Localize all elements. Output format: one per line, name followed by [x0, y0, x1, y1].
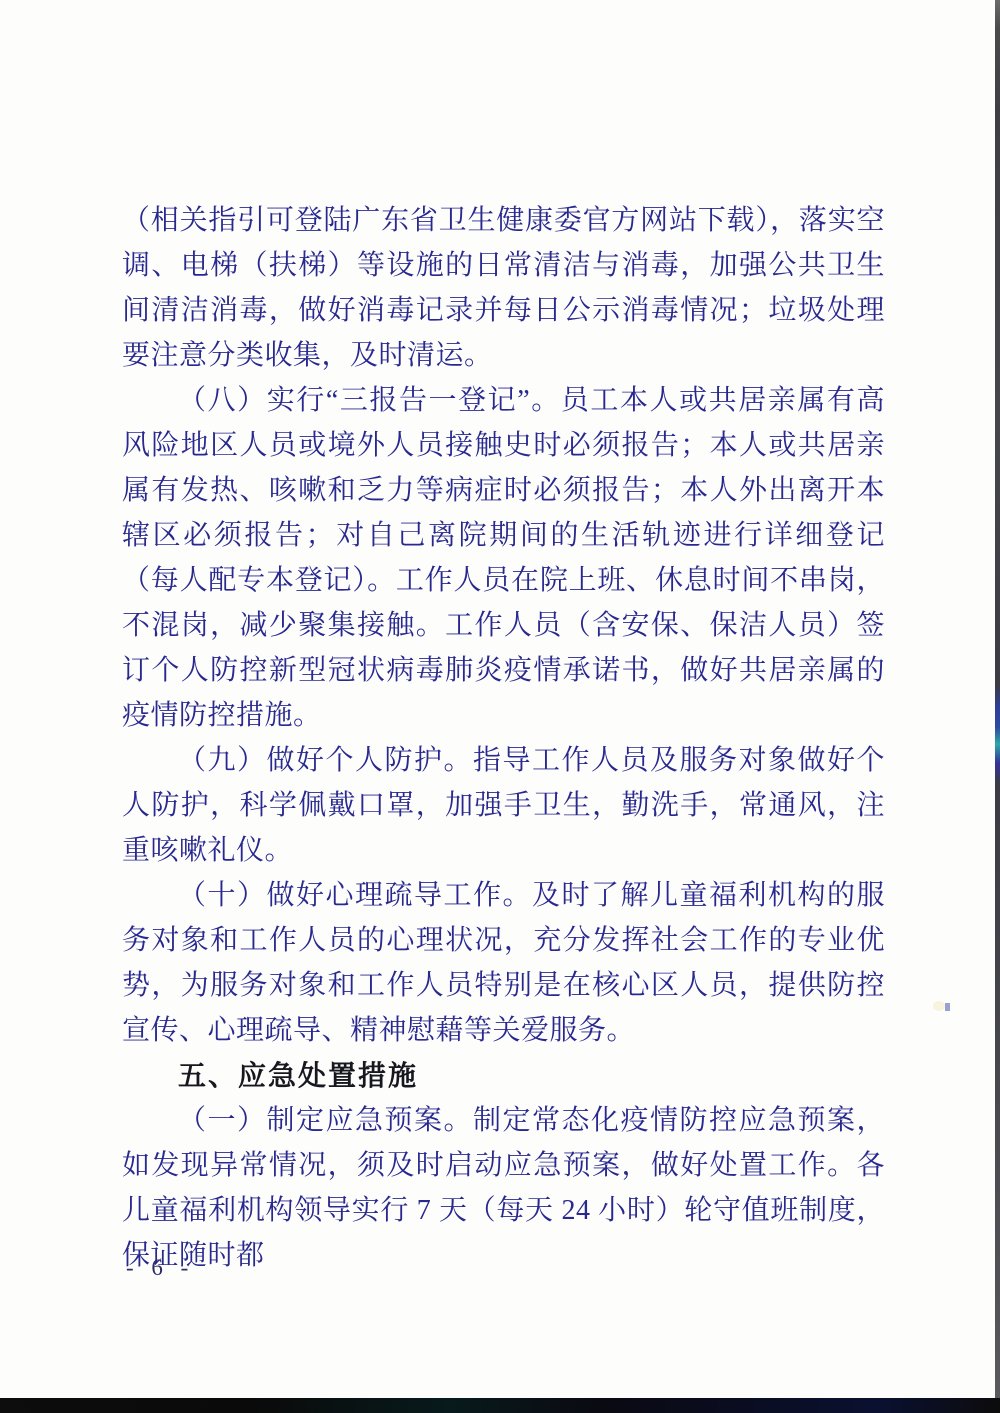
scan-edge-right [995, 0, 1000, 1399]
section-heading: 五、应急处置措施 [122, 1053, 885, 1098]
paragraph: （九）做好个人防护。指导工作人员及服务对象做好个人防护，科学佩戴口罩，加强手卫生… [122, 738, 885, 873]
scan-artifact-speck [945, 1003, 950, 1011]
paragraph: （相关指引可登陆广东省卫生健康委官方网站下载），落实空调、电梯（扶梯）等设施的日… [122, 198, 885, 378]
document-page: （相关指引可登陆广东省卫生健康委官方网站下载），落实空调、电梯（扶梯）等设施的日… [0, 0, 1000, 1413]
paragraph: （一）制定应急预案。制定常态化疫情防控应急预案，如发现异常情况，须及时启动应急预… [122, 1098, 885, 1278]
scan-edge-bottom [0, 1398, 1000, 1413]
document-body: （相关指引可登陆广东省卫生健康委官方网站下载），落实空调、电梯（扶梯）等设施的日… [122, 198, 885, 1278]
paragraph: （八）实行“三报告一登记”。员工本人或共居亲属有高风险地区人员或境外人员接触史时… [122, 378, 885, 738]
paragraph: （十）做好心理疏导工作。及时了解儿童福利机构的服务对象和工作人员的心理状况，充分… [122, 873, 885, 1053]
page-number: - 6 - [126, 1255, 194, 1281]
scan-artifact-smudge [933, 1001, 945, 1011]
